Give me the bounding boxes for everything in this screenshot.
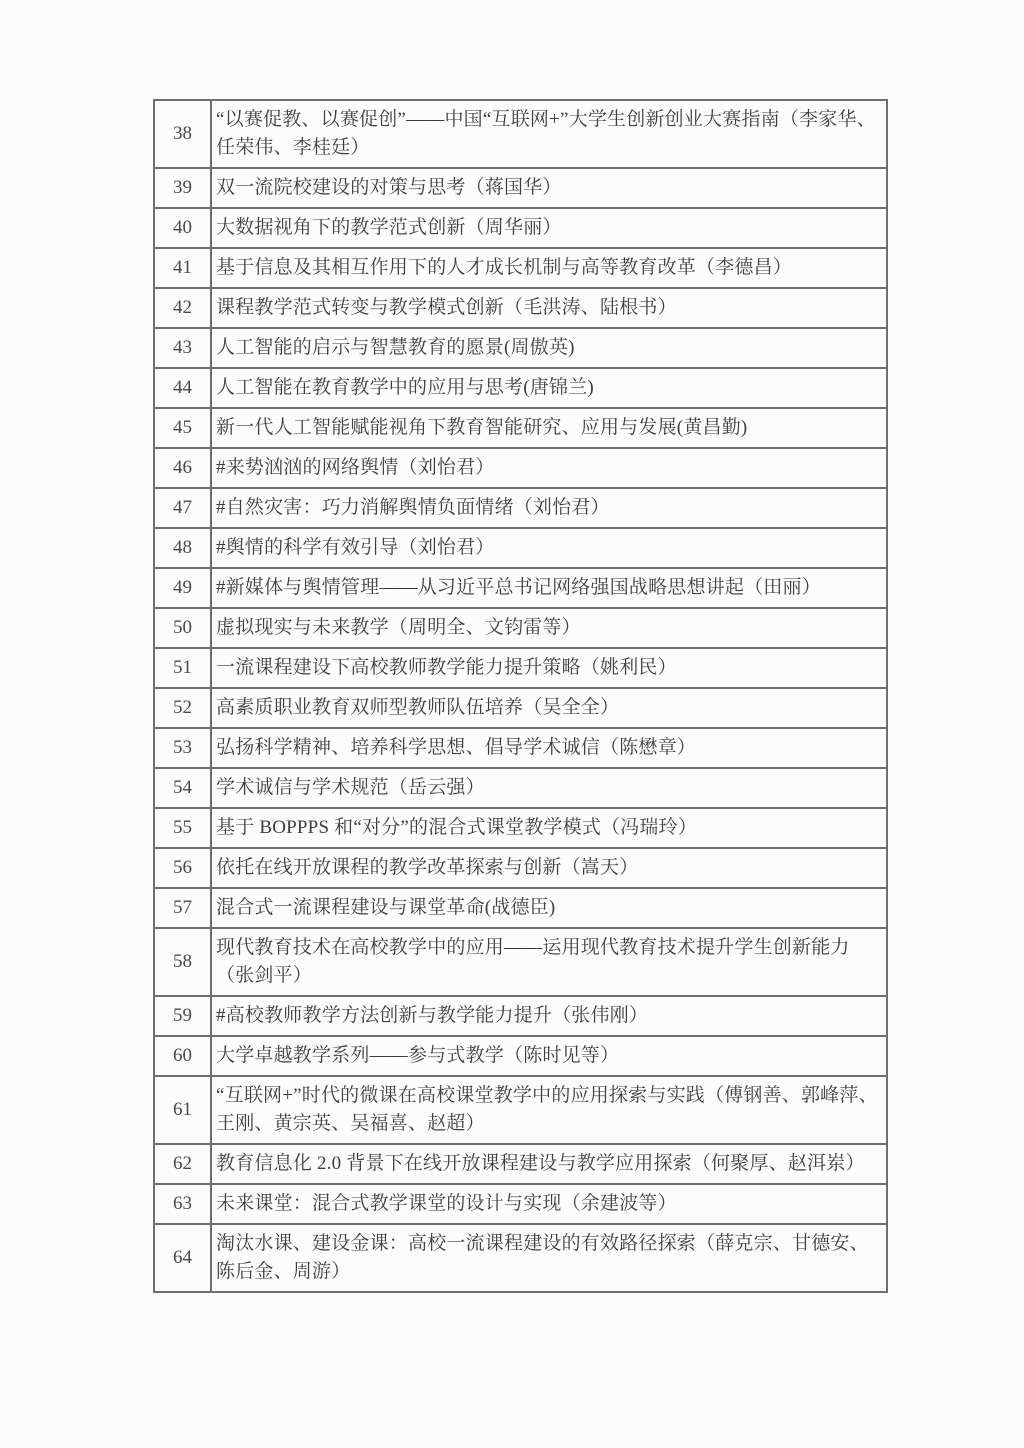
row-number: 53 [154, 728, 211, 768]
document-page: 38 “以赛促教、以赛促创”——中国“互联网+”大学生创新创业大赛指南（李家华、… [0, 0, 1024, 1448]
table-row: 39 双一流院校建设的对策与思考（蒋国华） [154, 168, 887, 208]
row-title: “以赛促教、以赛促创”——中国“互联网+”大学生创新创业大赛指南（李家华、任荣伟… [211, 100, 887, 168]
row-title: 高素质职业教育双师型教师队伍培养（吴全全） [211, 688, 887, 728]
row-number: 42 [154, 288, 211, 328]
row-number: 54 [154, 768, 211, 808]
table-row: 58 现代教育技术在高校教学中的应用——运用现代教育技术提升学生创新能力（张剑平… [154, 928, 887, 996]
table-row: 54 学术诚信与学术规范（岳云强） [154, 768, 887, 808]
row-title: #新媒体与舆情管理——从习近平总书记网络强国战略思想讲起（田丽） [211, 568, 887, 608]
table-row: 40 大数据视角下的教学范式创新（周华丽） [154, 208, 887, 248]
table-row: 59 #高校教师教学方法创新与教学能力提升（张伟刚） [154, 996, 887, 1036]
row-number: 58 [154, 928, 211, 996]
row-number: 59 [154, 996, 211, 1036]
row-title: #高校教师教学方法创新与教学能力提升（张伟刚） [211, 996, 887, 1036]
table-row: 51 一流课程建设下高校教师教学能力提升策略（姚利民） [154, 648, 887, 688]
table-row: 56 依托在线开放课程的教学改革探索与创新（嵩天） [154, 848, 887, 888]
row-number: 61 [154, 1076, 211, 1144]
row-title: #来势汹汹的网络舆情（刘怡君） [211, 448, 887, 488]
row-number: 64 [154, 1224, 211, 1292]
row-title: #自然灾害：巧力消解舆情负面情绪（刘怡君） [211, 488, 887, 528]
table-row: 53 弘扬科学精神、培养科学思想、倡导学术诚信（陈懋章） [154, 728, 887, 768]
row-title: 新一代人工智能赋能视角下教育智能研究、应用与发展(黄昌勤) [211, 408, 887, 448]
course-table-body: 38 “以赛促教、以赛促创”——中国“互联网+”大学生创新创业大赛指南（李家华、… [154, 100, 887, 1292]
row-title: 大学卓越教学系列——参与式教学（陈时见等） [211, 1036, 887, 1076]
table-row: 63 未来课堂：混合式教学课堂的设计与实现（余建波等） [154, 1184, 887, 1224]
table-row: 52 高素质职业教育双师型教师队伍培养（吴全全） [154, 688, 887, 728]
table-row: 61 “互联网+”时代的微课在高校课堂教学中的应用探索与实践（傅钢善、郭峰萍、王… [154, 1076, 887, 1144]
row-title: 基于 BOPPPS 和“对分”的混合式课堂教学模式（冯瑞玲） [211, 808, 887, 848]
row-title: 弘扬科学精神、培养科学思想、倡导学术诚信（陈懋章） [211, 728, 887, 768]
row-title: 学术诚信与学术规范（岳云强） [211, 768, 887, 808]
row-title: 基于信息及其相互作用下的人才成长机制与高等教育改革（李德昌） [211, 248, 887, 288]
row-title: 依托在线开放课程的教学改革探索与创新（嵩天） [211, 848, 887, 888]
course-list-table: 38 “以赛促教、以赛促创”——中国“互联网+”大学生创新创业大赛指南（李家华、… [153, 99, 888, 1293]
row-number: 60 [154, 1036, 211, 1076]
table-row: 46 #来势汹汹的网络舆情（刘怡君） [154, 448, 887, 488]
row-title: 未来课堂：混合式教学课堂的设计与实现（余建波等） [211, 1184, 887, 1224]
row-number: 55 [154, 808, 211, 848]
row-title: 教育信息化 2.0 背景下在线开放课程建设与教学应用探索（何聚厚、赵洱岽） [211, 1144, 887, 1184]
row-title: 现代教育技术在高校教学中的应用——运用现代教育技术提升学生创新能力（张剑平） [211, 928, 887, 996]
row-title: 大数据视角下的教学范式创新（周华丽） [211, 208, 887, 248]
row-number: 50 [154, 608, 211, 648]
row-title: #舆情的科学有效引导（刘怡君） [211, 528, 887, 568]
table-row: 47 #自然灾害：巧力消解舆情负面情绪（刘怡君） [154, 488, 887, 528]
table-row: 44 人工智能在教育教学中的应用与思考(唐锦兰) [154, 368, 887, 408]
row-number: 43 [154, 328, 211, 368]
row-number: 51 [154, 648, 211, 688]
row-title: 淘汰水课、建设金课：高校一流课程建设的有效路径探索（薛克宗、甘德安、陈后金、周游… [211, 1224, 887, 1292]
row-number: 41 [154, 248, 211, 288]
table-row: 42 课程教学范式转变与教学模式创新（毛洪涛、陆根书） [154, 288, 887, 328]
row-number: 63 [154, 1184, 211, 1224]
table-row: 38 “以赛促教、以赛促创”——中国“互联网+”大学生创新创业大赛指南（李家华、… [154, 100, 887, 168]
table-row: 55 基于 BOPPPS 和“对分”的混合式课堂教学模式（冯瑞玲） [154, 808, 887, 848]
table-row: 41 基于信息及其相互作用下的人才成长机制与高等教育改革（李德昌） [154, 248, 887, 288]
row-number: 56 [154, 848, 211, 888]
table-row: 50 虚拟现实与未来教学（周明全、文钧雷等） [154, 608, 887, 648]
table-row: 64 淘汰水课、建设金课：高校一流课程建设的有效路径探索（薛克宗、甘德安、陈后金… [154, 1224, 887, 1292]
row-title: 虚拟现实与未来教学（周明全、文钧雷等） [211, 608, 887, 648]
table-row: 62 教育信息化 2.0 背景下在线开放课程建设与教学应用探索（何聚厚、赵洱岽） [154, 1144, 887, 1184]
row-number: 62 [154, 1144, 211, 1184]
table-row: 43 人工智能的启示与智慧教育的愿景(周傲英) [154, 328, 887, 368]
row-title: 一流课程建设下高校教师教学能力提升策略（姚利民） [211, 648, 887, 688]
row-title: 混合式一流课程建设与课堂革命(战德臣) [211, 888, 887, 928]
row-number: 39 [154, 168, 211, 208]
row-number: 52 [154, 688, 211, 728]
row-title: 课程教学范式转变与教学模式创新（毛洪涛、陆根书） [211, 288, 887, 328]
row-number: 46 [154, 448, 211, 488]
row-title: 人工智能在教育教学中的应用与思考(唐锦兰) [211, 368, 887, 408]
row-number: 48 [154, 528, 211, 568]
row-number: 45 [154, 408, 211, 448]
table-row: 57 混合式一流课程建设与课堂革命(战德臣) [154, 888, 887, 928]
row-number: 57 [154, 888, 211, 928]
table-row: 49 #新媒体与舆情管理——从习近平总书记网络强国战略思想讲起（田丽） [154, 568, 887, 608]
row-title: 双一流院校建设的对策与思考（蒋国华） [211, 168, 887, 208]
row-title: “互联网+”时代的微课在高校课堂教学中的应用探索与实践（傅钢善、郭峰萍、王刚、黄… [211, 1076, 887, 1144]
row-number: 49 [154, 568, 211, 608]
table-row: 45 新一代人工智能赋能视角下教育智能研究、应用与发展(黄昌勤) [154, 408, 887, 448]
row-number: 40 [154, 208, 211, 248]
row-number: 38 [154, 100, 211, 168]
row-number: 44 [154, 368, 211, 408]
row-title: 人工智能的启示与智慧教育的愿景(周傲英) [211, 328, 887, 368]
table-row: 60 大学卓越教学系列——参与式教学（陈时见等） [154, 1036, 887, 1076]
row-number: 47 [154, 488, 211, 528]
table-row: 48 #舆情的科学有效引导（刘怡君） [154, 528, 887, 568]
